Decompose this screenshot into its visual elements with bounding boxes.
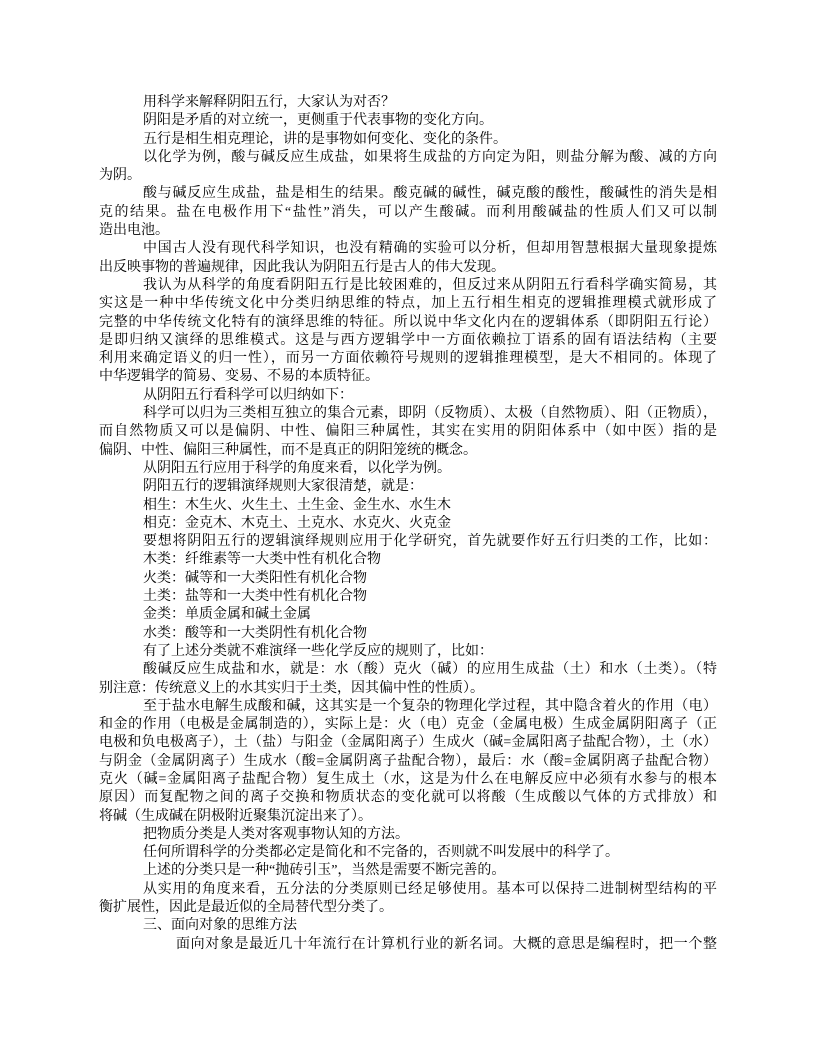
text-line: 酸碱反应生成盐和水，就是：水（酸）克火（碱）的应用生成盐（土）和水（土类）。（特 [99, 661, 717, 679]
text-line: 相克：金克木、木克土、土克水、水克火、火克金 [99, 515, 717, 533]
text-line: 而自然物质又可以是偏阴、中性、偏阳三种属性，其实在实用的阴阳体系中（如中医）指的… [99, 423, 717, 441]
text-line: 把物质分类是人类对客观事物认知的方法。 [99, 826, 717, 844]
text-line: 出反映事物的普遍规律，因此我认为阴阳五行是古人的伟大发现。 [99, 259, 717, 277]
text-line: 利用来确定语义的归一性），而另一方面依赖符号规则的逻辑推理模型，是大不相同的。体… [99, 350, 717, 368]
text-line: 造出电池。 [99, 222, 717, 240]
text-line: 用科学来解释阴阳五行，大家认为对否？ [99, 94, 717, 112]
text-line: 科学可以归为三类相互独立的集合元素，即阴（反物质）、太极（自然物质）、阳（正物质… [99, 405, 717, 423]
text-line: 土类：盐等和一大类中性有机化合物 [99, 588, 717, 606]
text-line: 电极和负电极离子），土（盐）与阳金（金属阳离子）生成火（碱=金属阳离子盐配合物）… [99, 734, 717, 752]
text-line: 任何所谓科学的分类都必定是简化和不完备的，否则就不叫发展中的科学了。 [99, 844, 717, 862]
text-line: 阴阳五行的逻辑演绎规则大家很清楚，就是： [99, 478, 717, 496]
text-line: 克火（碱=金属阳离子盐配合物）复生成土（水，这是为什么在电解反应中必须有水参与的… [99, 771, 717, 789]
text-line: 我认为从科学的角度看阴阳五行是比较困难的，但反过来从阴阳五行看科学确实简易，其 [99, 277, 717, 295]
text-line: 与阴金（金属阴离子）生成水（酸=金属阴离子盐配合物），最后：水（酸=金属阴离子盐… [99, 753, 717, 771]
text-line: 中国古人没有现代科学知识，也没有精确的实验可以分析，但却用智慧根据大量现象提炼 [99, 240, 717, 258]
text-line: 要想将阴阳五行的逻辑演绎规则应用于化学研究，首先就要作好五行归类的工作，比如： [99, 533, 717, 551]
text-line: 以化学为例，酸与碱反应生成盐，如果将生成盐的方向定为阳，则盐分解为酸、减的方向 [99, 149, 717, 167]
text-line: 金类：单质金属和碱土金属 [99, 606, 717, 624]
text-line: 五行是相生相克理论，讲的是事物如何变化、变化的条件。 [99, 131, 717, 149]
text-line: 火类：碱等和一大类阳性有机化合物 [99, 570, 717, 588]
text-line: 克的结果。盐在电极作用下“盐性”消失，可以产生酸碱。而利用酸碱盐的性质人们又可以… [99, 204, 717, 222]
text-line: 从阴阳五行应用于科学的角度来看，以化学为例。 [99, 460, 717, 478]
text-line: 相生：木生火、火生土、土生金、金生水、水生木 [99, 497, 717, 515]
text-line: 完整的中华传统文化特有的演绎思维的特征。所以说中华文化内在的逻辑体系（即阴阳五行… [99, 314, 717, 332]
text-line: 面向对象是最近几十年流行在计算机行业的新名词。大概的意思是编程时，把一个整 [99, 936, 717, 954]
text-line: 水类：酸等和一大类阴性有机化合物 [99, 625, 717, 643]
document-page: 用科学来解释阴阳五行，大家认为对否？ 阴阳是矛盾的对立统一，更侧重于代表事物的变… [0, 0, 816, 1056]
text-line: 从实用的角度来看，五分法的分类原则已经足够使用。基本可以保持二进制树型结构的平 [99, 881, 717, 899]
text-line: 至于盐水电解生成酸和碱，这其实是一个复杂的物理化学过程，其中隐含着火的作用（电） [99, 698, 717, 716]
text-line: 上述的分类只是一种“抛砖引玉”，当然是需要不断完善的。 [99, 862, 717, 880]
text-line: 原因）而复配物之间的离子交换和物质状态的变化就可以将酸（生成酸以气体的方式排放）… [99, 789, 717, 807]
text-line: 中华逻辑学的简易、变易、不易的本质特征。 [99, 368, 717, 386]
text-line: 和金的作用（电极是金属制造的），实际上是：火（电）克金（金属电极）生成金属阴阳离… [99, 716, 717, 734]
text-line: 为阴。 [99, 167, 717, 185]
text-line: 从阴阳五行看科学可以归纳如下： [99, 387, 717, 405]
text-line: 实这是一种中华传统文化中分类归纳思维的特点，加上五行相生相克的逻辑推理模式就形成… [99, 295, 717, 313]
text-line: 将碱（生成碱在阴极附近聚集沉淀出来了）。 [99, 808, 717, 826]
text-line: 木类：纤维素等一大类中性有机化合物 [99, 551, 717, 569]
text-line: 衡扩展性，因此是最近似的全局替代型分类了。 [99, 899, 717, 917]
section-heading-line: 三、面向对象的思维方法 [99, 917, 717, 935]
text-line: 酸与碱反应生成盐，盐是相生的结果。酸克碱的碱性，碱克酸的酸性，酸碱性的消失是相 [99, 185, 717, 203]
text-line: 有了上述分类就不难演绎一些化学反应的规则了，比如： [99, 643, 717, 661]
text-line: 阴阳是矛盾的对立统一，更侧重于代表事物的变化方向。 [99, 112, 717, 130]
text-line: 是即归纳又演绎的思维模式。这是与西方逻辑学中一方面依赖拉丁语系的固有语法结构（主… [99, 332, 717, 350]
text-line: 别注意：传统意义上的水其实归于土类，因其偏中性的性质）。 [99, 680, 717, 698]
document-text-block: 用科学来解释阴阳五行，大家认为对否？ 阴阳是矛盾的对立统一，更侧重于代表事物的变… [99, 94, 717, 954]
text-line: 偏阴、中性、偏阳三种属性，而不是真正的阴阳笼统的概念。 [99, 442, 717, 460]
